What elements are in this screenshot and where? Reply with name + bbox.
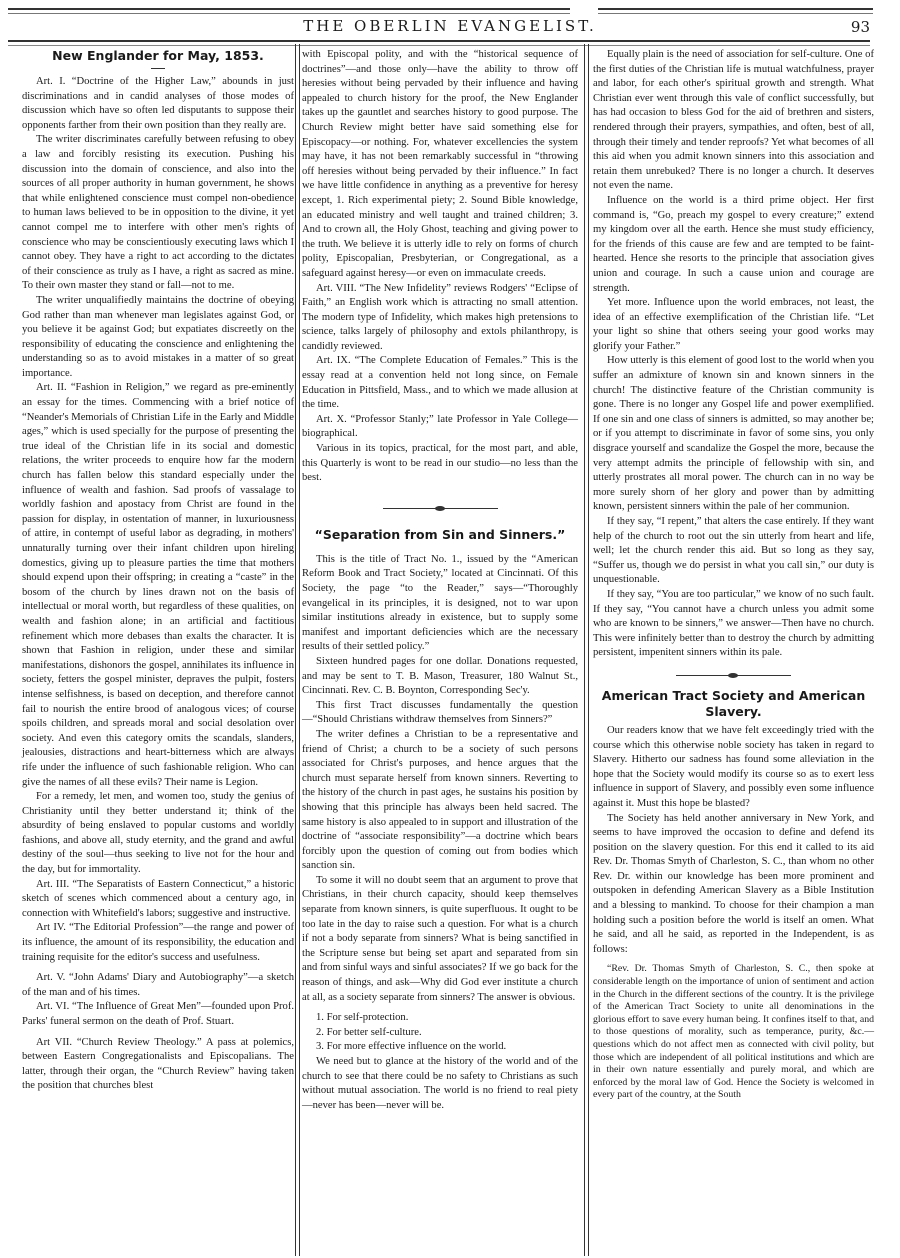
paragraph: Art. VIII. “The New Infidelity” reviews … <box>302 282 578 355</box>
paragraph: For a remedy, let men, and women too, st… <box>22 790 294 878</box>
paragraph: If they say, “You are too particular,” w… <box>593 588 874 661</box>
paragraph: We need but to glance at the history of … <box>302 1055 578 1113</box>
paragraph: Art VII. “Church Review Theology.” A pas… <box>22 1036 294 1094</box>
column-3: Equally plain is the need of association… <box>593 48 874 1102</box>
article-heading-separation: “Separation from Sin and Sinners.” <box>302 527 578 543</box>
paragraph: Yet more. Influence upon the world embra… <box>593 296 874 354</box>
column-2: with Episcopal polity, and with the “his… <box>302 48 578 1113</box>
newspaper-title: THE OBERLIN EVANGELIST. <box>0 17 900 35</box>
paragraph: The Society has held another anniversary… <box>593 812 874 958</box>
top-rule-right <box>598 8 873 14</box>
paragraph: Art. II. “Fashion in Religion,” we regar… <box>22 381 294 790</box>
page-number: 93 <box>851 18 870 36</box>
paragraph: Various in its topics, practical, for th… <box>302 442 578 486</box>
masthead-rule <box>8 40 870 46</box>
paragraph: Art. III. “The Separatists of Eastern Co… <box>22 878 294 922</box>
paragraph: Equally plain is the need of association… <box>593 48 874 194</box>
top-rule-left <box>8 8 570 14</box>
paragraph: Art. IX. “The Complete Education of Fema… <box>302 354 578 412</box>
paragraph: If they say, “I repent,” that alters the… <box>593 515 874 588</box>
paragraph: The writer unqualifiedly maintains the d… <box>22 294 294 382</box>
list-item: 1. For self-protection. <box>302 1011 578 1026</box>
paragraph: Art. VI. “The Influence of Great Men”—fo… <box>22 1000 294 1029</box>
paragraph: Influence on the world is a third prime … <box>593 194 874 296</box>
paragraph: Our readers know that we have felt excee… <box>593 724 874 812</box>
article-heading-new-englander: New Englander for May, 1853. <box>22 48 294 64</box>
column-divider-1 <box>295 44 300 1256</box>
paragraph: The writer defines a Christian to be a r… <box>302 728 578 874</box>
paragraph: This first Tract discusses fundamentally… <box>302 699 578 728</box>
paragraph: This is the title of Tract No. 1., issue… <box>302 553 578 655</box>
paragraph: Art. I. “Doctrine of the Higher Law,” ab… <box>22 75 294 133</box>
paragraph: with Episcopal polity, and with the “his… <box>302 48 578 282</box>
paragraph: Art. V. “John Adams' Diary and Autobiogr… <box>22 971 294 1000</box>
heading-rule <box>151 68 165 69</box>
paragraph: To some it will no doubt seem that an ar… <box>302 874 578 1005</box>
section-divider <box>383 508 498 509</box>
column-1: New Englander for May, 1853. Art. I. “Do… <box>22 48 294 1094</box>
list-item: 2. For better self-culture. <box>302 1026 578 1041</box>
article-heading-tract-society: American Tract Society and American Slav… <box>593 688 874 720</box>
section-divider <box>676 675 791 676</box>
paragraph: How utterly is this element of good lost… <box>593 354 874 515</box>
paragraph: Sixteen hundred pages for one dollar. Do… <box>302 655 578 699</box>
block-quote: “Rev. Dr. Thomas Smyth of Charleston, S.… <box>593 963 874 1102</box>
paragraph: Art. X. “Professor Stanly;” late Profess… <box>302 413 578 442</box>
masthead: THE OBERLIN EVANGELIST. 93 <box>0 0 900 38</box>
paragraph: The writer discriminates carefully betwe… <box>22 133 294 294</box>
list-item: 3. For more effective influence on the w… <box>302 1040 578 1055</box>
paragraph: Art IV. “The Editorial Profession”—the r… <box>22 921 294 965</box>
column-divider-2 <box>584 44 589 1256</box>
